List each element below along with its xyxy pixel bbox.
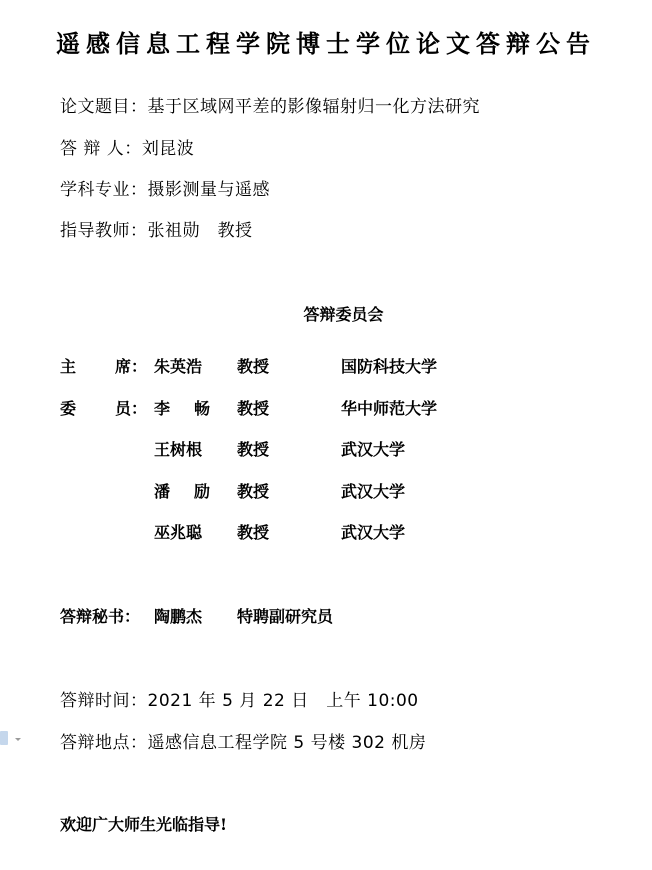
member-rank: 教授 bbox=[237, 437, 269, 460]
major-value: 摄影测量与遥感 bbox=[148, 180, 271, 200]
member-org: 武汉大学 bbox=[341, 520, 405, 543]
member-name: 王树根 bbox=[154, 437, 214, 460]
chair-org: 国防科技大学 bbox=[341, 354, 437, 377]
paste-options-icon[interactable] bbox=[0, 731, 8, 745]
chevron-down-icon[interactable] bbox=[15, 738, 21, 741]
advisor-label: 指导教师： bbox=[60, 216, 148, 241]
secretary-rank: 特聘副研究员 bbox=[237, 604, 333, 627]
secretary-name: 陶鹏杰 bbox=[154, 604, 214, 627]
committee-heading: 答辩委员会 bbox=[0, 302, 652, 325]
closing-line: 欢迎广大师生光临指导! bbox=[60, 812, 227, 835]
time-label: 答辩时间： bbox=[60, 686, 148, 711]
member-name: 潘 励 bbox=[154, 479, 210, 502]
time-value: 2021 年 5 月 22 日 上午 10:00 bbox=[148, 691, 419, 711]
chair-name: 朱英浩 bbox=[154, 354, 214, 377]
thesis-value: 基于区域网平差的影像辐射归一化方法研究 bbox=[148, 97, 481, 117]
member-rank: 教授 bbox=[237, 396, 269, 419]
candidate-label: 答 辩 人： bbox=[60, 134, 142, 159]
location-label: 答辩地点： bbox=[60, 728, 148, 753]
member-rank: 教授 bbox=[237, 479, 269, 502]
secretary-label: 答辩秘书： bbox=[60, 604, 152, 627]
member-org: 武汉大学 bbox=[341, 479, 405, 502]
member-name: 李 畅 bbox=[154, 396, 210, 419]
advisor-value: 张祖勋 教授 bbox=[148, 221, 253, 241]
candidate-line: 答 辩 人：刘昆波 bbox=[60, 134, 194, 159]
time-line: 答辩时间：2021 年 5 月 22 日 上午 10:00 bbox=[60, 686, 419, 711]
member-org: 武汉大学 bbox=[341, 437, 405, 460]
member-rank: 教授 bbox=[237, 520, 269, 543]
candidate-value: 刘昆波 bbox=[142, 139, 195, 159]
member-org: 华中师范大学 bbox=[341, 396, 437, 419]
thesis-line: 论文题目：基于区域网平差的影像辐射归一化方法研究 bbox=[60, 92, 480, 117]
major-label: 学科专业： bbox=[60, 175, 148, 200]
advisor-line: 指导教师：张祖勋 教授 bbox=[60, 216, 253, 241]
document-title: 遥感信息工程学院博士学位论文答辩公告 bbox=[0, 24, 652, 59]
chair-rank: 教授 bbox=[237, 354, 269, 377]
location-line: 答辩地点：遥感信息工程学院 5 号楼 302 机房 bbox=[60, 728, 426, 753]
thesis-label: 论文题目： bbox=[60, 92, 148, 117]
location-value: 遥感信息工程学院 5 号楼 302 机房 bbox=[148, 733, 427, 753]
major-line: 学科专业：摄影测量与遥感 bbox=[60, 175, 270, 200]
member-name: 巫兆聪 bbox=[154, 520, 214, 543]
